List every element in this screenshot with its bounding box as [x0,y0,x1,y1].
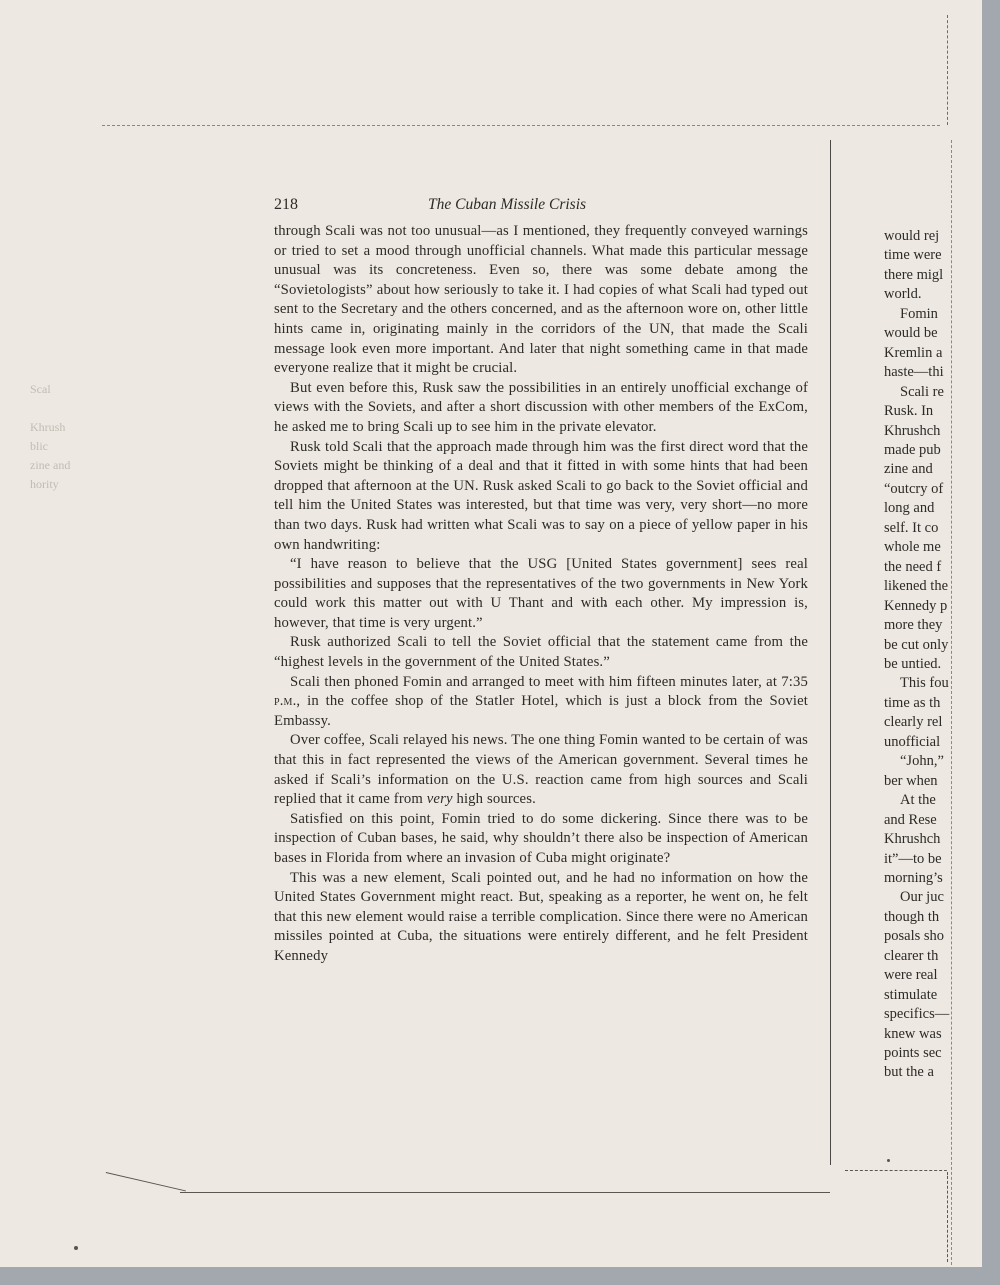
bleed-line: zine and [30,456,100,475]
fragment-line: stimulate [884,986,952,1005]
print-speck [74,1246,78,1250]
paragraph-text: high sources. [453,791,536,807]
fragment-line: likened the [884,577,952,596]
page-gutter-line [830,140,831,1165]
fragment-line: time were [884,246,952,265]
fragment-line: Rusk. In [884,402,952,421]
fragment-line: unofficial [884,733,952,752]
fragment-line: more they [884,616,952,635]
fragment-line: self. It co [884,519,952,538]
emphasis: very [427,791,453,807]
fragment-line: knew was [884,1025,952,1044]
fragment-line: the need f [884,558,952,577]
fragment-line: long and [884,499,952,518]
fragment-line: clearly rel [884,713,952,732]
bleed-line: blic [30,437,100,456]
photocopy-border-bottom-right-edge [947,1176,948,1262]
fragment-line: it”—to be [884,850,952,869]
fragment-line: were real [884,966,952,985]
fragment-line: Khrushch [884,830,952,849]
page-number: 218 [274,196,424,214]
fragment-line: whole me [884,538,952,557]
fragment-line: specifics— [884,1005,952,1024]
fragment-line: be untied. [884,655,952,674]
fragment-line: points sec [884,1044,952,1063]
paragraph-text: Over coffee, Scali relayed his news. The… [274,732,808,807]
fragment-line: “outcry of [884,480,952,499]
fragment-line: Khrushch [884,422,952,441]
bleed-line: Khrush [30,418,100,437]
paragraph: Rusk told Scali that the approach made t… [274,438,808,556]
print-speck [887,1159,890,1162]
bleed-line [30,399,100,418]
running-title: The Cuban Missile Crisis [428,196,586,214]
photocopy-border-bottom-right [845,1170,948,1177]
fragment-line: Fomin [884,305,952,324]
paragraph-text: , in the coffee shop of the Statler Hote… [274,693,808,729]
photocopy-border-bottom [180,1192,830,1193]
fragment-line: but the a [884,1063,952,1082]
paragraph: This was a new element, Scali pointed ou… [274,869,808,967]
body-text: through Scali was not too unusual—as I m… [274,222,808,967]
paragraph: But even before this, Rusk saw the possi… [274,379,808,438]
bleed-line: hority [30,475,100,494]
bleed-line: Scal [30,380,100,399]
next-page-fragment: would rejtime werethere miglworld.Fominw… [884,227,952,1083]
paragraph: Scali then phoned Fomin and arranged to … [274,673,808,732]
book-page: 218 The Cuban Missile Crisis through Sca… [274,196,808,967]
paragraph: Satisfied on this point, Fomin tried to … [274,810,808,869]
paragraph: “I have reason to believe that the USG [… [274,555,808,633]
fragment-line: made pub [884,441,952,460]
fragment-line: Kremlin a [884,344,952,363]
bleed-through-text: Scal Khrushbliczine andhority [30,380,100,494]
time-smallcaps: p.m. [274,693,296,709]
fragment-line: be cut only [884,636,952,655]
photocopy-border-top [102,125,940,126]
fragment-line: morning’s [884,869,952,888]
paragraph: Rusk authorized Scali to tell the Soviet… [274,633,808,672]
fragment-line: zine and [884,460,952,479]
fragment-line: there migl [884,266,952,285]
fragment-line: This fou [884,674,952,693]
fragment-line: though th [884,908,952,927]
fragment-line: ber when [884,772,952,791]
fragment-line: Kennedy p [884,597,952,616]
fragment-line: Our juc [884,888,952,907]
fragment-line: would rej [884,227,952,246]
fragment-line: would be [884,324,952,343]
fragment-line: “John,” [884,752,952,771]
fragment-line: Scali re [884,383,952,402]
fragment-line: clearer th [884,947,952,966]
paragraph: Over coffee, Scali relayed his news. The… [274,731,808,809]
print-speck [604,604,607,607]
fragment-line: time as th [884,694,952,713]
paragraph-text: Scali then phoned Fomin and arranged to … [290,674,808,690]
paragraph: through Scali was not too unusual—as I m… [274,222,808,379]
fragment-line: posals sho [884,927,952,946]
fragment-line: world. [884,285,952,304]
photocopy-border-right [947,15,948,125]
fragment-line: and Rese [884,811,952,830]
running-head: 218 The Cuban Missile Crisis [274,196,808,222]
fragment-line: haste—thi [884,363,952,382]
fragment-line: At the [884,791,952,810]
